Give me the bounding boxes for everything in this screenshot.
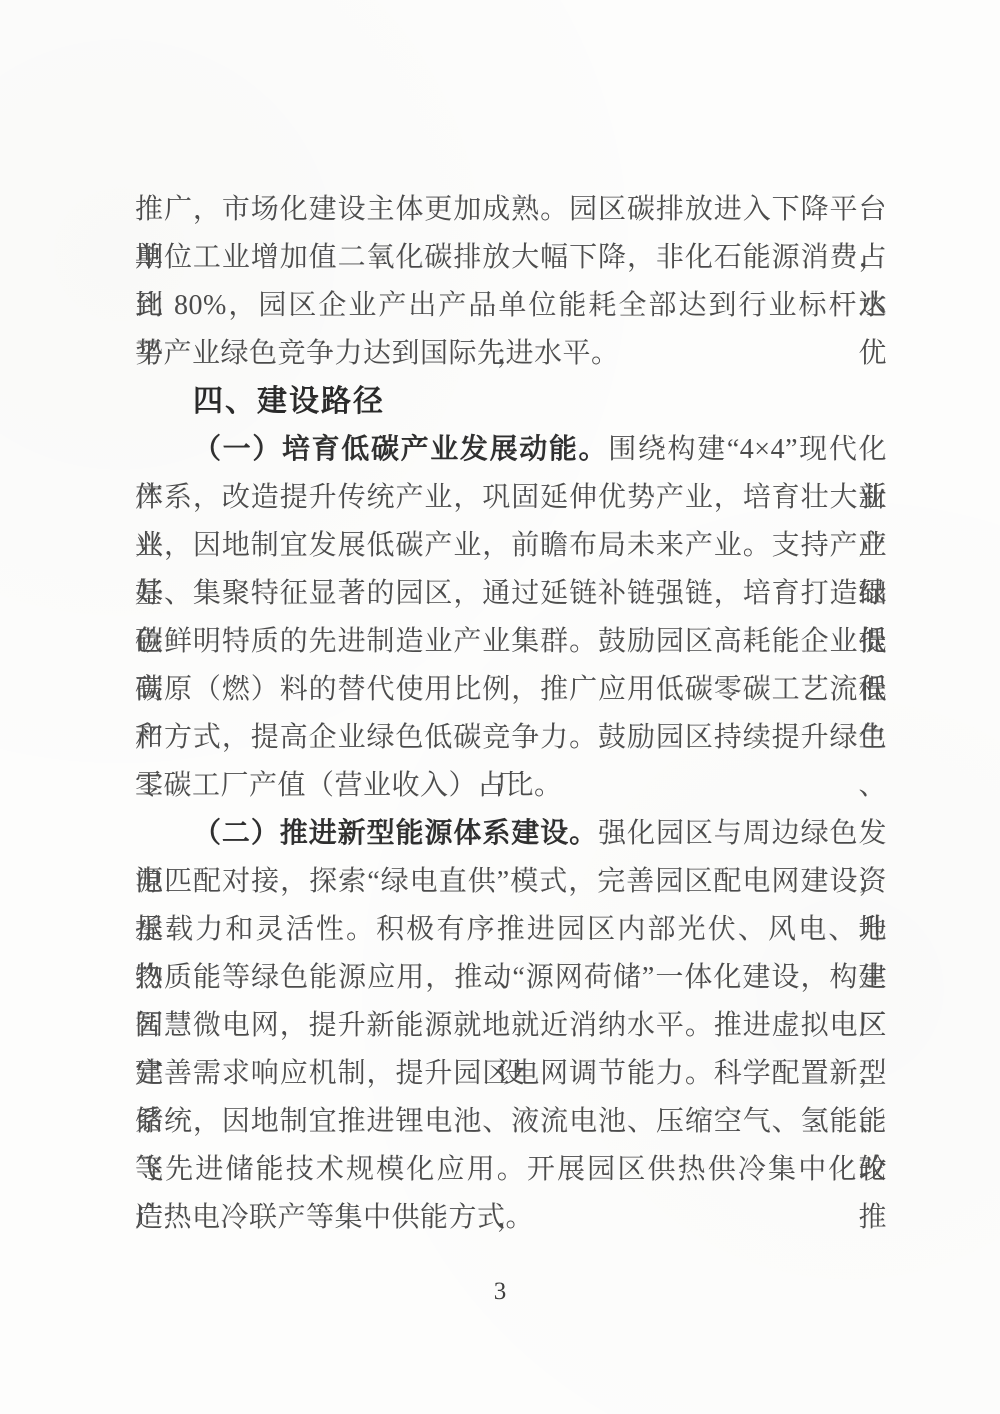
text-line: 推广，市场化建设主体更加成熟。园区碳排放进入下降平台期， — [135, 186, 887, 234]
text-line: 物质能等绿色能源应用，推动“源网荷储”一体化建设，构建园区 — [135, 954, 887, 1002]
text-line: 智慧微电网，提升新能源就地就近消纳水平。推进虚拟电厂建设， — [135, 1002, 887, 1050]
document-page: 推广，市场化建设主体更加成熟。园区碳排放进入下降平台期，单位工业增加值二氧化碳排… — [0, 0, 1000, 1414]
text-line: 到 80%，园区企业产出产品单位能耗全部达到行业标杆水平，优 — [135, 282, 887, 330]
text-line: 源匹配对接，探索“绿电直供”模式，完善园区配电网建设，提升 — [135, 858, 887, 906]
text-line: 完善需求响应机制，提升园区电网调节能力。科学配置新型储能 — [135, 1050, 887, 1098]
text-line: 单位工业增加值二氧化碳排放大幅下降，非化石能源消费占比达 — [135, 234, 887, 282]
text-line: （一）培育低碳产业发展动能。围绕构建“4×4”现代化产业 — [135, 426, 887, 474]
paragraph-lead: （一）培育低碳产业发展动能。 — [193, 434, 608, 465]
text-line: 体系，改造提升传统产业，巩固延伸优势产业，培育壮大新兴产 — [135, 474, 887, 522]
text-line: 碳鲜明特质的先进制造业产业集群。鼓励园区高耗能企业提高低 — [135, 618, 887, 666]
text-line: 碳原（燃）料的替代使用比例，推广应用低碳零碳工艺流程和生 — [135, 666, 887, 714]
paragraph-lead: （二）推进新型能源体系建设。 — [193, 818, 598, 849]
text-line: 好、集聚特征显著的园区，通过延链补链强链，培育打造绿色低 — [135, 570, 887, 618]
section-heading: 四、建设路径 — [135, 378, 887, 426]
text-line: 产方式，提高企业绿色低碳竞争力。鼓励园区持续提升绿色工厂、 — [135, 714, 887, 762]
text-line: 系统，因地制宜推进锂电池、液流电池、压缩空气、氢能、飞轮 — [135, 1098, 887, 1146]
text-line: 承载力和灵活性。积极有序推进园区内部光伏、风电、地热、生 — [135, 906, 887, 954]
text-line: 业，因地制宜发展低碳产业，前瞻布局未来产业。支持产业基础 — [135, 522, 887, 570]
text-line: 等先进储能技术规模化应用。开展园区供热供冷集中化改造，推 — [135, 1146, 887, 1194]
page-number: 3 — [0, 1278, 1000, 1306]
text-block: 推广，市场化建设主体更加成熟。园区碳排放进入下降平台期，单位工业增加值二氧化碳排… — [135, 186, 887, 1242]
text-line: （二）推进新型能源体系建设。强化园区与周边绿色发电资 — [135, 810, 887, 858]
